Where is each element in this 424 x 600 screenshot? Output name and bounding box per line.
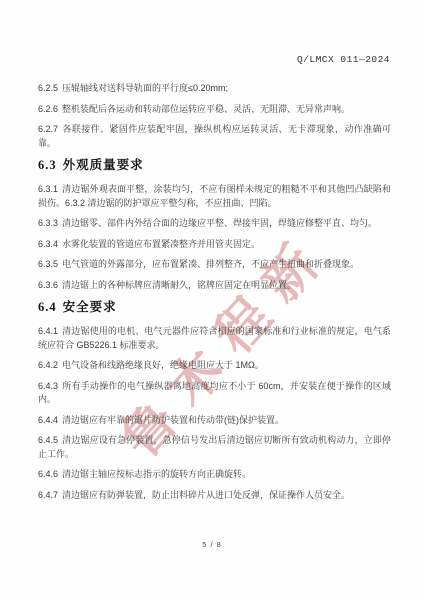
clause-paragraph: 6.4.3所有手动操作的电气操纵器离地高度均应不小于 60cm，并安装在便于操作… [38, 380, 391, 407]
clause-number: 6.4.2 [38, 360, 58, 370]
clause-paragraph: 6.4.7清边锯应有防弹装置，防止出料碎片从进口处反弹，保证操作人员安全。 [38, 489, 391, 503]
clause-paragraph: 6.3.3清边锯零、部件内外结合面的边缘应平整、焊接牢固，焊缝应修整平直、均匀。 [38, 217, 391, 231]
clause-number: 6.3.3 [38, 218, 58, 228]
clause-paragraph: 6.4.5清边锯应设有急停装置，急停信号发出后清边锯应切断所有致动机构动力，立即… [38, 434, 391, 461]
clause-paragraph: 6.4.1清边锯使用的电机、电气元器件应符合相应的国家标准和行业标准的规定，电气… [38, 325, 391, 352]
clause-paragraph: 6.3.4水雾化装置的管道应布置紧凑整齐并用管夹固定。 [38, 238, 391, 252]
clause-number: 6.2.5 [38, 83, 58, 93]
clause-paragraph: 6.3.1清边锯外观表面平整，涂装均匀，不应有图样未规定的粗糙不平和其他凹凸缺陷… [38, 183, 391, 210]
document-body: 6.2.5压辊轴线对送料导轨面的平行度≤0.20mm;6.2.6整机装配后各运动… [38, 82, 391, 509]
clause-number: 6.3 [38, 158, 57, 172]
clause-paragraph: 6.2.5压辊轴线对送料导轨面的平行度≤0.20mm; [38, 82, 391, 96]
clause-number: 6.3.4 [38, 239, 58, 249]
clause-number: 6.2.6 [38, 104, 58, 114]
section-heading: 6.4安全要求 [38, 299, 391, 316]
document-page: Q/LMCX 011—2024 鲁木程新 6.2.5压辊轴线对送料导轨面的平行度… [0, 0, 424, 600]
page-number-footer: 5 / 8 [0, 540, 424, 549]
clause-paragraph: 6.4.6清边锯主轴应按标志指示的旋转方向正确旋转。 [38, 468, 391, 482]
document-header-standard-number: Q/LMCX 011—2024 [38, 54, 390, 65]
clause-number: 6.4.5 [38, 435, 58, 445]
clause-paragraph: 6.3.6清边锯上的各种标牌应清晰耐久，铭牌应固定在明显位置。 [38, 279, 391, 293]
clause-paragraph: 6.3.5电气管道的外露部分，应布置紧凑、排列整齐，不应产生扭曲和折叠现象。 [38, 258, 391, 272]
clause-number: 6.4.4 [38, 415, 58, 425]
clause-paragraph: 6.2.7各联接件、紧固件应装配牢固，操纵机构应运转灵活、无卡滞现象，动作准确可… [38, 123, 391, 150]
clause-number: 6.3.5 [38, 259, 58, 269]
clause-number: 6.4.3 [38, 381, 58, 391]
clause-number: 6.2.7 [38, 124, 58, 134]
clause-paragraph: 6.4.4清边锯应有牢靠的锯片防护装置和传动带(链)保护装置。 [38, 414, 391, 428]
clause-number: 6.3.1 [38, 184, 58, 194]
section-heading: 6.3外观质量要求 [38, 157, 391, 174]
clause-number: 6.4 [38, 300, 57, 314]
clause-number: 6.4.1 [38, 326, 58, 336]
clause-paragraph: 6.4.2电气设备和线路绝缘良好，绝缘电阻应大于 1MΩ。 [38, 359, 391, 373]
clause-number: 6.4.7 [38, 490, 58, 500]
clause-paragraph: 6.2.6整机装配后各运动和转动部位运转应平稳、灵活、无阻滞、无异常声响。 [38, 103, 391, 117]
clause-number: 6.3.6 [38, 280, 58, 290]
clause-number: 6.4.6 [38, 469, 58, 479]
